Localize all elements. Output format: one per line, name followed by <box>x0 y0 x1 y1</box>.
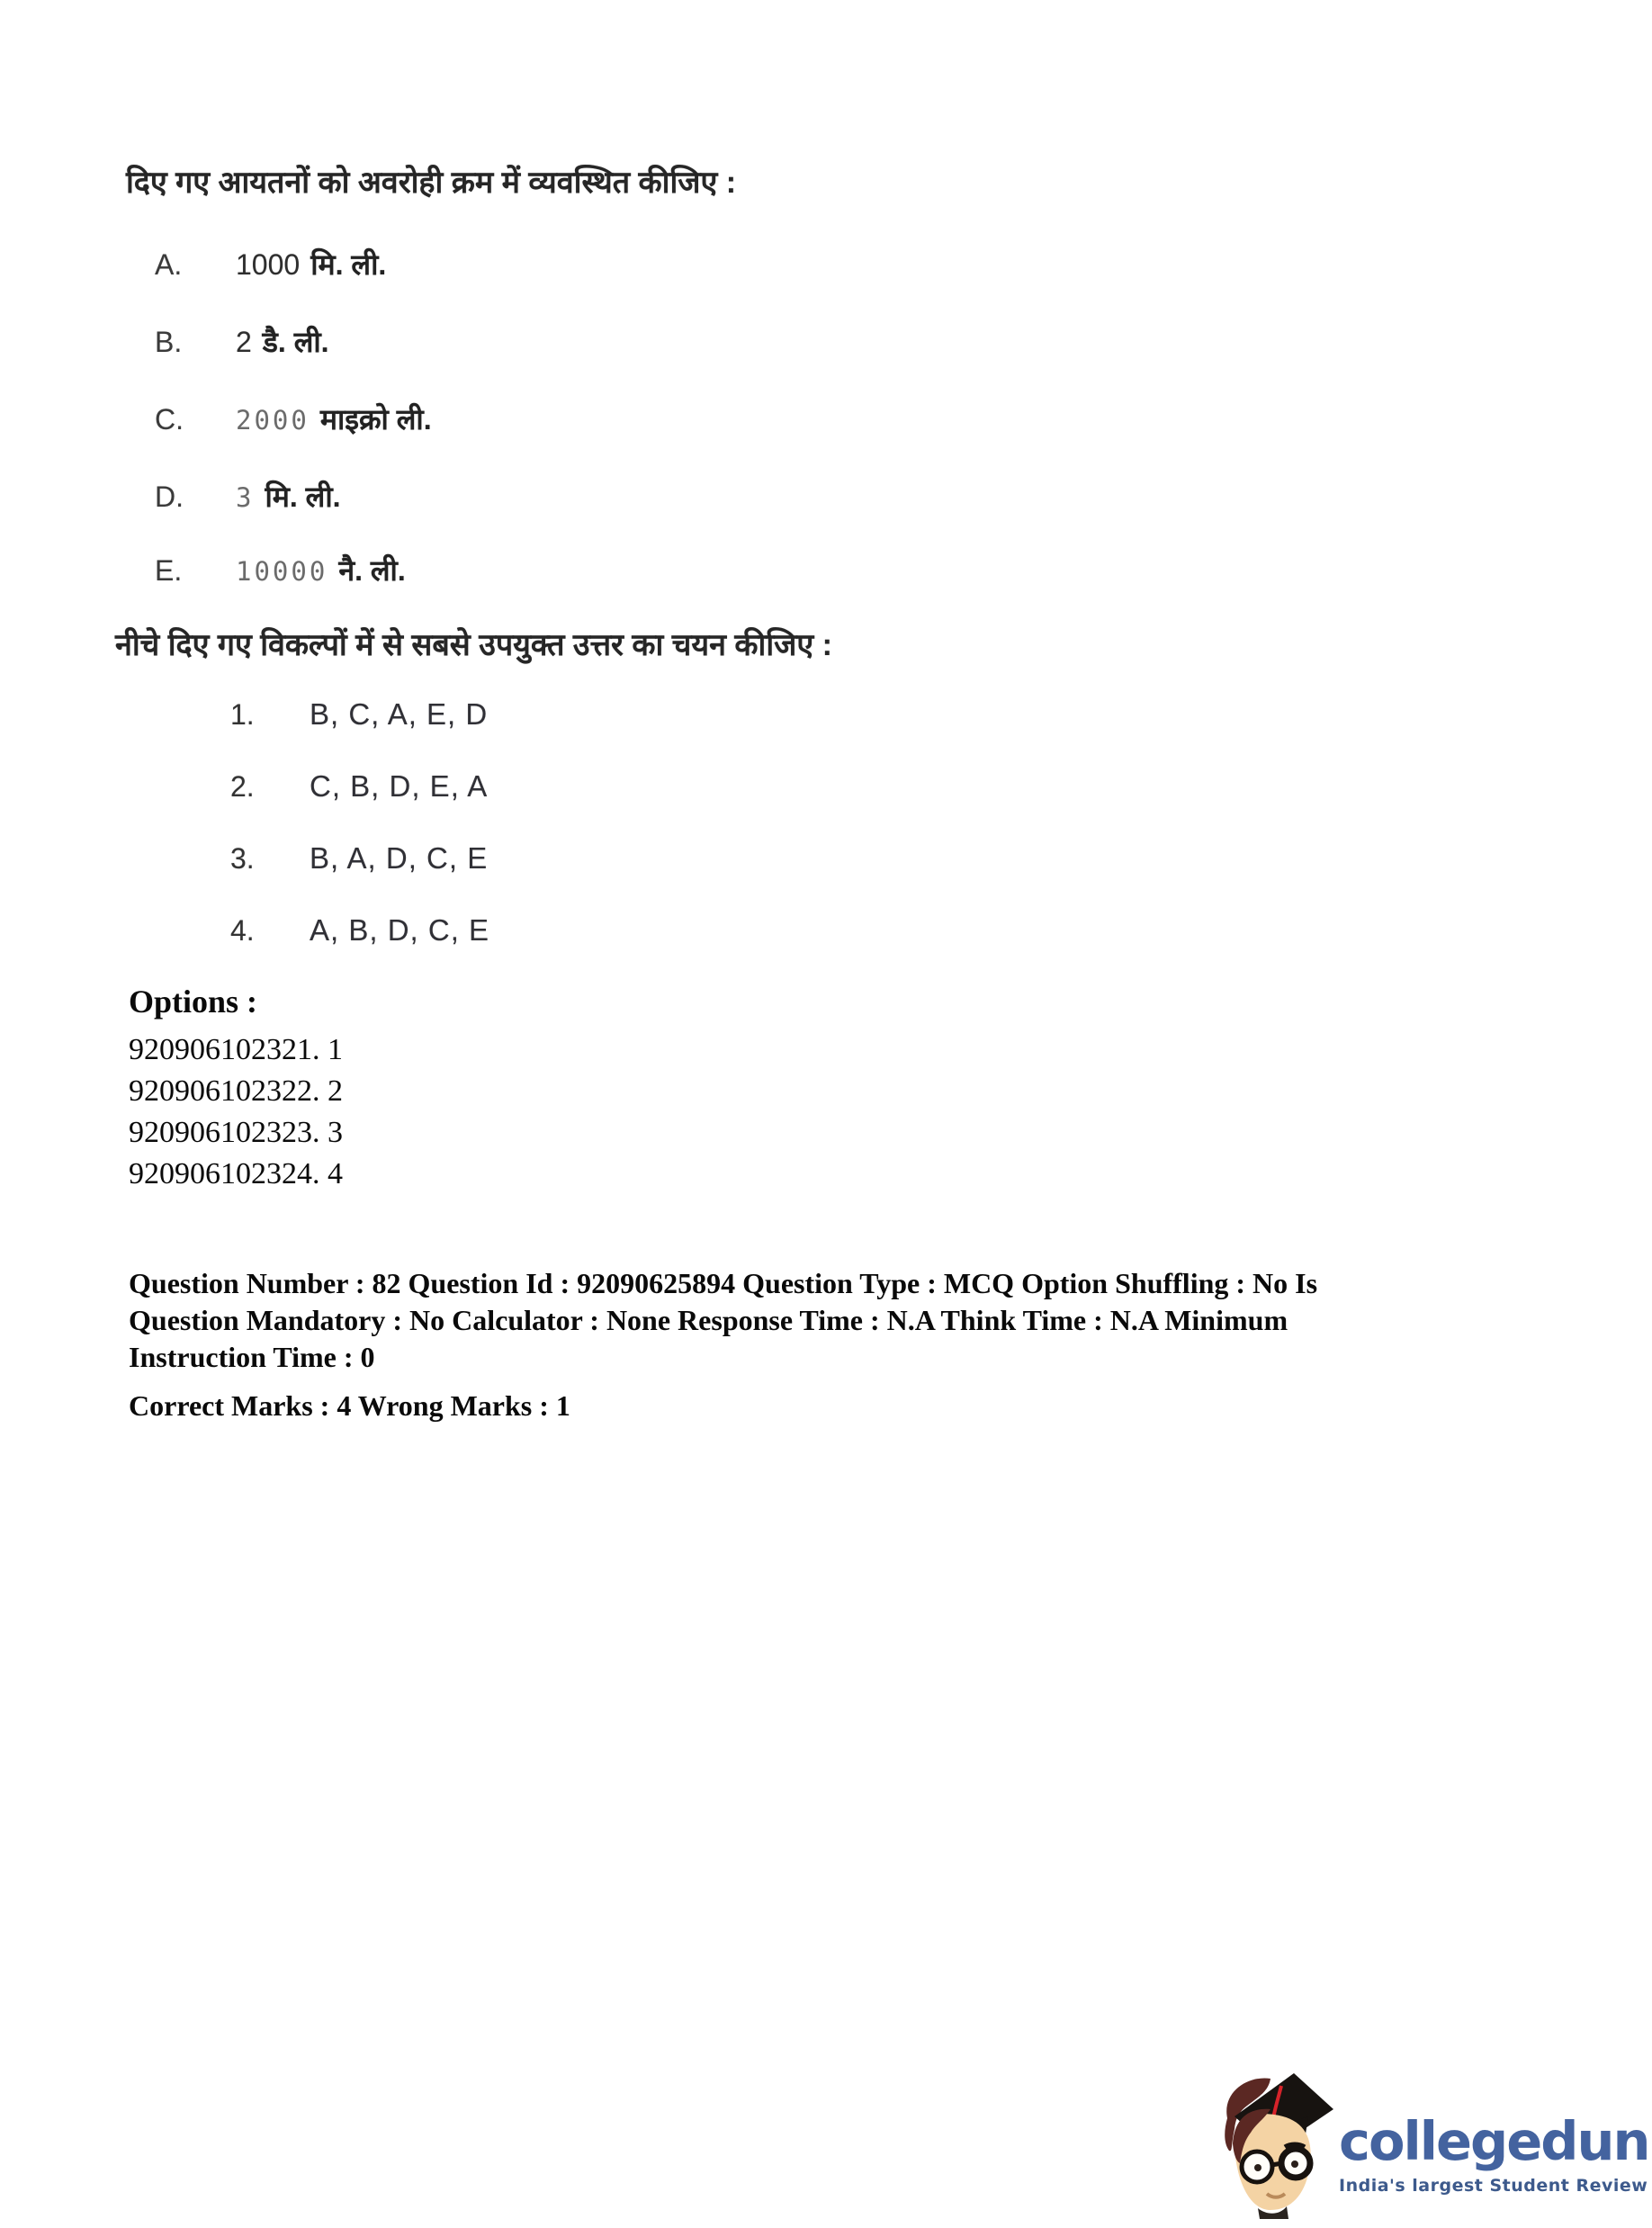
metadata-line: Question Mandatory : No Calculator : Non… <box>129 1302 1317 1339</box>
item-letter: B. <box>155 326 236 359</box>
option-id-row: 920906102322. 2 <box>129 1071 343 1112</box>
brand-tagline: India's largest Student Review Platform <box>1339 2176 1652 2196</box>
option-id: 920906102323. <box>129 1116 320 1149</box>
option-choice: 3 <box>328 1116 343 1149</box>
item-value: 2000 <box>236 405 310 436</box>
item-letter: A. <box>155 248 236 282</box>
list-item-c: C.2000माइक्रो ली. <box>155 400 432 438</box>
option-choice: 1 <box>328 1033 343 1066</box>
item-value: 1000 <box>236 248 300 281</box>
collegedunia-logo: collegedunia .com India's largest Studen… <box>1215 2064 1643 2224</box>
item-unit: डै. ली. <box>263 326 329 358</box>
choice-text: C, B, D, E, A <box>310 769 488 803</box>
choice-row-3: 3.B, A, D, C, E <box>230 841 488 876</box>
choice-row-1: 1.B, C, A, E, D <box>230 697 488 732</box>
list-item-a: A.1000मि. ली. <box>155 245 386 283</box>
choice-text: A, B, D, C, E <box>310 913 489 947</box>
choice-text: B, C, A, E, D <box>310 697 488 731</box>
metadata-line: Question Number : 82 Question Id : 92090… <box>129 1265 1317 1302</box>
item-value: 10000 <box>236 556 328 587</box>
list-item-b: B.2डै. ली. <box>155 322 329 361</box>
options-heading: Options : <box>129 983 343 1020</box>
question-scan-region: दिए गए आयतनों को अवरोही क्रम में व्यवस्थ… <box>0 0 1652 981</box>
choice-number: 3. <box>230 842 310 876</box>
metadata-line: Instruction Time : 0 <box>129 1339 1317 1376</box>
choice-row-2: 2.C, B, D, E, A <box>230 769 488 804</box>
choice-row-4: 4.A, B, D, C, E <box>230 913 489 948</box>
brand-wordmark: collegedunia <box>1339 2115 1652 2169</box>
option-id: 920906102322. <box>129 1074 320 1108</box>
item-letter: D. <box>155 481 236 514</box>
item-unit: मि. ली. <box>265 481 340 513</box>
item-unit: माइक्रो ली. <box>320 403 432 436</box>
list-item-e: E.10000नै. ली. <box>155 551 406 589</box>
collegedunia-mascot-icon <box>1215 2064 1335 2223</box>
choice-number: 4. <box>230 914 310 948</box>
brand-text: collegedunia .com India's largest Studen… <box>1339 2064 1652 2224</box>
options-section: Options : 920906102321. 1 920906102322. … <box>129 983 343 1195</box>
item-value: 2 <box>236 326 252 358</box>
option-choice: 2 <box>328 1074 343 1108</box>
item-value: 3 <box>236 482 254 513</box>
select-answer-prompt-hindi: नीचे दिए गए विकल्पों में से सबसे उपयुक्त… <box>115 623 832 664</box>
choice-number: 1. <box>230 698 310 732</box>
question-metadata: Question Number : 82 Question Id : 92090… <box>129 1265 1317 1424</box>
choice-number: 2. <box>230 770 310 804</box>
option-id-row: 920906102321. 1 <box>129 1029 343 1071</box>
item-letter: C. <box>155 403 236 436</box>
option-id: 920906102324. <box>129 1157 320 1190</box>
choice-text: B, A, D, C, E <box>310 841 488 875</box>
item-letter: E. <box>155 554 236 588</box>
marks-line: Correct Marks : 4 Wrong Marks : 1 <box>129 1388 1317 1424</box>
item-unit: मि. ली. <box>310 248 386 281</box>
list-item-d: D.3मि. ली. <box>155 477 341 516</box>
option-id-row: 920906102324. 4 <box>129 1154 343 1195</box>
option-choice: 4 <box>328 1157 343 1190</box>
option-id-row: 920906102323. 3 <box>129 1112 343 1154</box>
item-unit: नै. ली. <box>338 554 405 587</box>
option-id: 920906102321. <box>129 1033 320 1066</box>
question-prompt-hindi: दिए गए आयतनों को अवरोही क्रम में व्यवस्थ… <box>126 160 736 202</box>
